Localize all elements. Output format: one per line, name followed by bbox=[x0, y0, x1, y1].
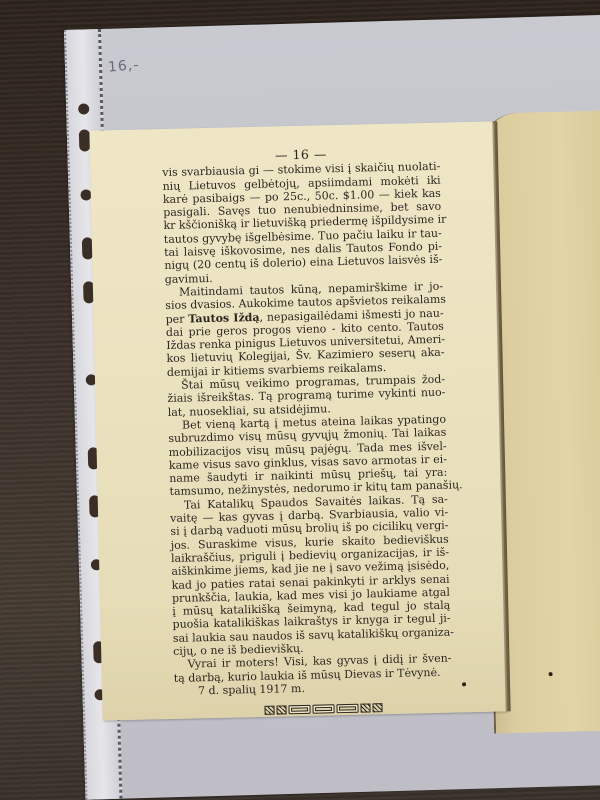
ornament-rect-icon bbox=[288, 705, 310, 714]
ornament-rect-icon bbox=[336, 704, 358, 713]
page-text: — 16 — vis svarbiausia gi — stokime visi… bbox=[162, 145, 453, 717]
handwritten-price-note: 16,- bbox=[107, 57, 140, 75]
booklet-page: — 16 — vis svarbiausia gi — stokime visi… bbox=[89, 121, 507, 720]
text-fragment: per bbox=[166, 312, 189, 326]
ornament-square-icon bbox=[264, 706, 274, 715]
tautos-izdas-bold: Tautos Iždą bbox=[188, 310, 260, 325]
ornament-square-icon bbox=[360, 704, 370, 713]
ornament-square-icon bbox=[276, 706, 286, 715]
punch-hole bbox=[78, 103, 89, 114]
foxing-spot bbox=[462, 682, 466, 686]
ornament-square-icon bbox=[372, 703, 382, 712]
foxing-spot bbox=[549, 672, 553, 676]
ornament-rect-icon bbox=[312, 704, 334, 713]
